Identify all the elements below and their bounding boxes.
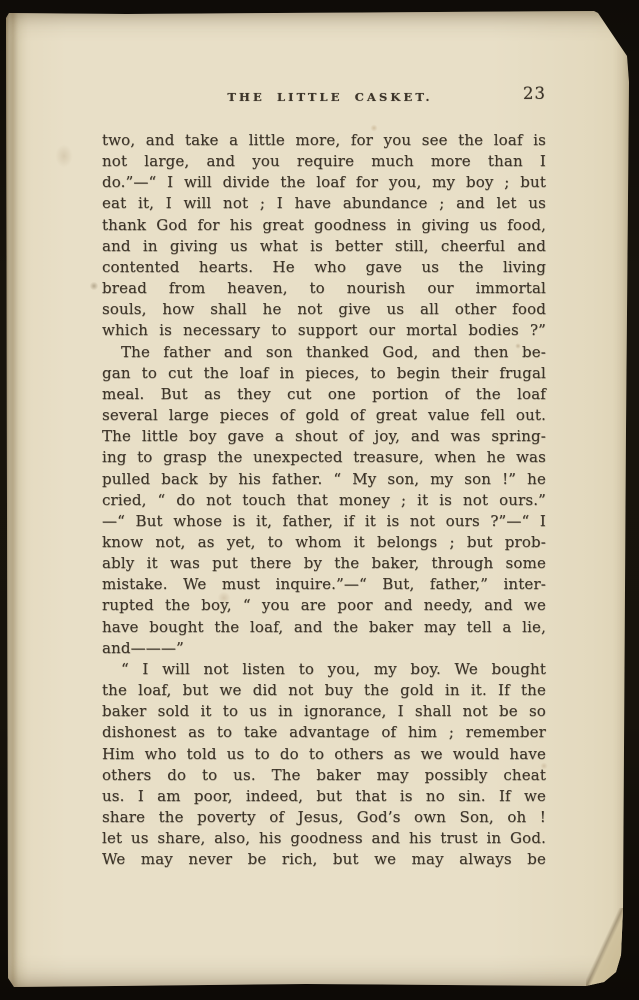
page-header: THE LITTLE CASKET. 23	[102, 88, 546, 108]
text-line: We may never be rich, but we may always …	[102, 849, 546, 870]
text-line: us. I am poor, indeed, but that is no si…	[102, 786, 546, 807]
text-line: —“ But whose is it, father, if it is not…	[102, 511, 546, 532]
text-line: cried, “ do not touch that money ; it is…	[102, 490, 546, 511]
text-line: not large, and you require much more tha…	[102, 151, 546, 172]
text-line: Him who told us to do to others as we wo…	[102, 744, 546, 765]
text-line: know not, as yet, to whom it belongs ; b…	[102, 532, 546, 553]
page-text: two, and take a little more, for you see…	[102, 130, 546, 870]
book-page: THE LITTLE CASKET. 23 two, and take a li…	[6, 10, 629, 988]
text-line: gan to cut the loaf in pieces, to begin …	[102, 363, 546, 384]
text-line: let us share, also, his goodness and his…	[102, 828, 546, 849]
text-line: do.”—“ I will divide the loaf for you, m…	[102, 172, 546, 193]
running-title: THE LITTLE CASKET.	[114, 90, 546, 104]
page-number: 23	[523, 84, 546, 103]
text-line: baker sold it to us in ignorance, I shal…	[102, 701, 546, 722]
text-line: which is necessary to support our mortal…	[102, 320, 546, 341]
text-line: several large pieces of gold of great va…	[102, 405, 546, 426]
text-line: ing to grasp the unexpected treasure, wh…	[102, 447, 546, 468]
text-line: rupted the boy, “ you are poor and needy…	[102, 595, 546, 616]
book-scan-photo: THE LITTLE CASKET. 23 two, and take a li…	[0, 0, 639, 1000]
text-line: share the poverty of Jesus, God’s own So…	[102, 807, 546, 828]
text-line: thank God for his great goodness in givi…	[102, 215, 546, 236]
text-line: contented hearts. He who gave us the liv…	[102, 257, 546, 278]
page-corner-fold	[586, 908, 628, 986]
text-line: and in giving us what is better still, c…	[102, 236, 546, 257]
text-line: meal. But as they cut one portion of the…	[102, 384, 546, 405]
text-line: bread from heaven, to nourish our immort…	[102, 278, 546, 299]
text-line: “ I will not listen to you, my boy. We b…	[102, 659, 546, 680]
text-line: The little boy gave a shout of joy, and …	[102, 426, 546, 447]
text-line: ably it was put there by the baker, thro…	[102, 553, 546, 574]
text-line: have bought the loaf, and the baker may …	[102, 617, 546, 638]
text-line: two, and take a little more, for you see…	[102, 130, 546, 151]
text-line: eat it, I will not ; I have abundance ; …	[102, 193, 546, 214]
text-line: the loaf, but we did not buy the gold in…	[102, 680, 546, 701]
text-line: pulled back by his father. “ My son, my …	[102, 469, 546, 490]
text-line: and———”	[102, 638, 546, 659]
text-line: souls, how shall he not give us all othe…	[102, 299, 546, 320]
text-line: others do to us. The baker may possibly …	[102, 765, 546, 786]
text-line: dishonest as to take advantage of him ; …	[102, 722, 546, 743]
text-line: mistake. We must inquire.”—“ But, father…	[102, 574, 546, 595]
text-line: The father and son thanked God, and then…	[102, 342, 546, 363]
